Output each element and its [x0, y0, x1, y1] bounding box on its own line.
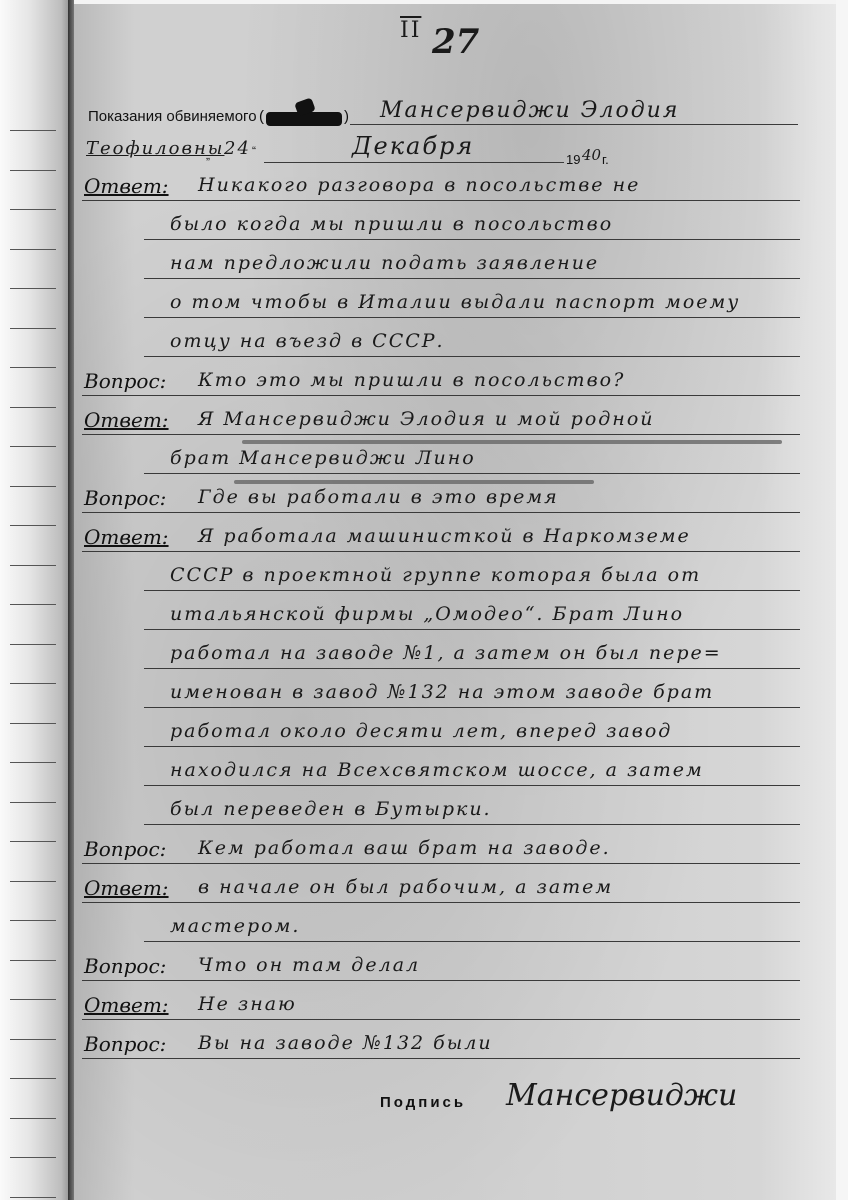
testimony-text: отцу на въезд в СССР.	[170, 330, 445, 352]
header-rule-2	[264, 162, 564, 163]
signature-label: Подпись	[380, 1094, 466, 1111]
question-label: Вопрос:	[84, 486, 166, 510]
testimony-text: Что он там делал	[198, 954, 420, 976]
testimony-text: работал около десяти лет, вперед завод	[170, 720, 672, 742]
form-label: Показания обвиняемого	[88, 108, 257, 125]
testimony-text: Кем работал ваш брат на заводе.	[198, 837, 611, 859]
testimony-text: Вы на заводе №132 были	[198, 1032, 493, 1054]
testimony-text: было когда мы пришли в посольство	[170, 213, 613, 235]
ruled-line	[144, 629, 800, 630]
facing-page-rule	[10, 723, 56, 724]
answer-label: Ответ:	[84, 174, 169, 198]
signature: Мансервиджи	[506, 1078, 737, 1113]
facing-page-rule	[10, 762, 56, 763]
ruled-line	[82, 1019, 800, 1020]
date-year-suffix: 40	[582, 146, 601, 164]
ruled-line	[144, 317, 800, 318]
date-year-unit: г.	[602, 152, 609, 167]
facing-page-rule	[10, 486, 56, 487]
ruled-line	[144, 785, 800, 786]
ruled-line	[144, 278, 800, 279]
testimony-text: работал на заводе №1, а затем он был пер…	[170, 642, 722, 664]
ruled-line	[82, 1058, 800, 1059]
accused-patronymic: Теофиловны	[86, 138, 224, 159]
testimony-text: Никакого разговора в посольстве не	[198, 174, 640, 196]
ruled-line	[82, 551, 800, 552]
date-year-prefix: 19	[566, 152, 580, 167]
date-quote-close: “	[252, 144, 256, 158]
ruled-line	[82, 200, 800, 201]
ruled-line	[144, 473, 800, 474]
testimony-text: был переведен в Бутырки.	[170, 798, 492, 820]
header-rule-1	[350, 124, 798, 125]
facing-page-rule	[10, 1078, 56, 1079]
interrogation-page: II 27 Показания обвиняемого ( ) Мансерви…	[74, 4, 836, 1200]
page-number: 27	[432, 22, 479, 62]
facing-page-rule	[10, 841, 56, 842]
ruled-line	[82, 980, 800, 981]
facing-page-rule	[10, 1197, 56, 1198]
testimony-text: итальянской фирмы „Омодео“. Брат Лино	[170, 603, 684, 625]
facing-page-rule	[10, 328, 56, 329]
ruled-line	[82, 863, 800, 864]
facing-page-rule	[10, 960, 56, 961]
facing-page-rule	[10, 920, 56, 921]
facing-page-rule	[10, 407, 56, 408]
ruled-line	[82, 512, 800, 513]
page-number-roman: II	[400, 18, 421, 43]
answer-label: Ответ:	[84, 408, 169, 432]
facing-page-rule	[10, 446, 56, 447]
question-label: Вопрос:	[84, 1032, 166, 1056]
facing-page-rule	[10, 170, 56, 171]
testimony-text: именован в завод №132 на этом заводе бра…	[170, 681, 714, 703]
question-label: Вопрос:	[84, 369, 166, 393]
accused-name: Мансервиджи Элодия	[380, 98, 679, 123]
facing-page-rule	[10, 604, 56, 605]
facing-page-rule	[10, 367, 56, 368]
facing-page-rule	[10, 288, 56, 289]
question-label: Вопрос:	[84, 954, 166, 978]
name-emphasis-1	[242, 440, 782, 444]
ruled-line	[144, 239, 800, 240]
testimony-text: нам предложили подать заявление	[170, 252, 599, 274]
facing-page-rule	[10, 644, 56, 645]
form-paren-open: (	[259, 108, 264, 125]
facing-page-rule	[10, 683, 56, 684]
facing-page-rule	[10, 1157, 56, 1158]
question-label: Вопрос:	[84, 837, 166, 861]
answer-label: Ответ:	[84, 876, 169, 900]
ruled-line	[144, 668, 800, 669]
ruled-line	[144, 356, 800, 357]
testimony-text: Я Мансервиджи Элодия и мой родной	[198, 408, 655, 430]
ruled-line	[144, 746, 800, 747]
facing-page-rule	[10, 881, 56, 882]
testimony-text: Кто это мы пришли в посольство?	[198, 369, 625, 391]
ruled-line	[144, 590, 800, 591]
facing-page-rule	[10, 525, 56, 526]
testimony-text: о том чтобы в Италии выдали паспорт моем…	[170, 291, 740, 313]
date-month: Декабря	[352, 132, 474, 160]
facing-page-rule	[10, 565, 56, 566]
testimony-text: Я работала машинисткой в Наркомземе	[198, 525, 691, 547]
facing-page-edge	[0, 0, 72, 1200]
ruled-line	[82, 434, 800, 435]
facing-page-rule	[10, 802, 56, 803]
testimony-text: находился на Всехсвятском шоссе, а затем	[170, 759, 704, 781]
facing-page-rule	[10, 249, 56, 250]
testimony-text: брат Мансервиджи Лино	[170, 447, 476, 469]
name-emphasis-2	[234, 480, 594, 484]
answer-label: Ответ:	[84, 993, 169, 1017]
ruled-line	[82, 902, 800, 903]
facing-page-rule	[10, 1118, 56, 1119]
testimony-text: СССР в проектной группе которая была от	[170, 564, 701, 586]
facing-page-rule	[10, 130, 56, 131]
ruled-line	[144, 941, 800, 942]
testimony-text: мастером.	[170, 915, 300, 937]
testimony-text: в начале он был рабочим, а затем	[198, 876, 613, 898]
answer-label: Ответ:	[84, 525, 169, 549]
testimony-text: Не знаю	[198, 993, 297, 1015]
ruled-line	[82, 395, 800, 396]
facing-page-rule	[10, 209, 56, 210]
date-day: 24	[224, 138, 251, 159]
testimony-text: Где вы работали в это время	[198, 486, 559, 508]
facing-page-rule	[10, 1039, 56, 1040]
ruled-line	[144, 824, 800, 825]
form-paren-close: )	[344, 108, 349, 125]
ruled-line	[144, 707, 800, 708]
page-margin-right	[836, 0, 848, 1200]
date-quote-open: „	[206, 148, 210, 162]
facing-page-rule	[10, 999, 56, 1000]
